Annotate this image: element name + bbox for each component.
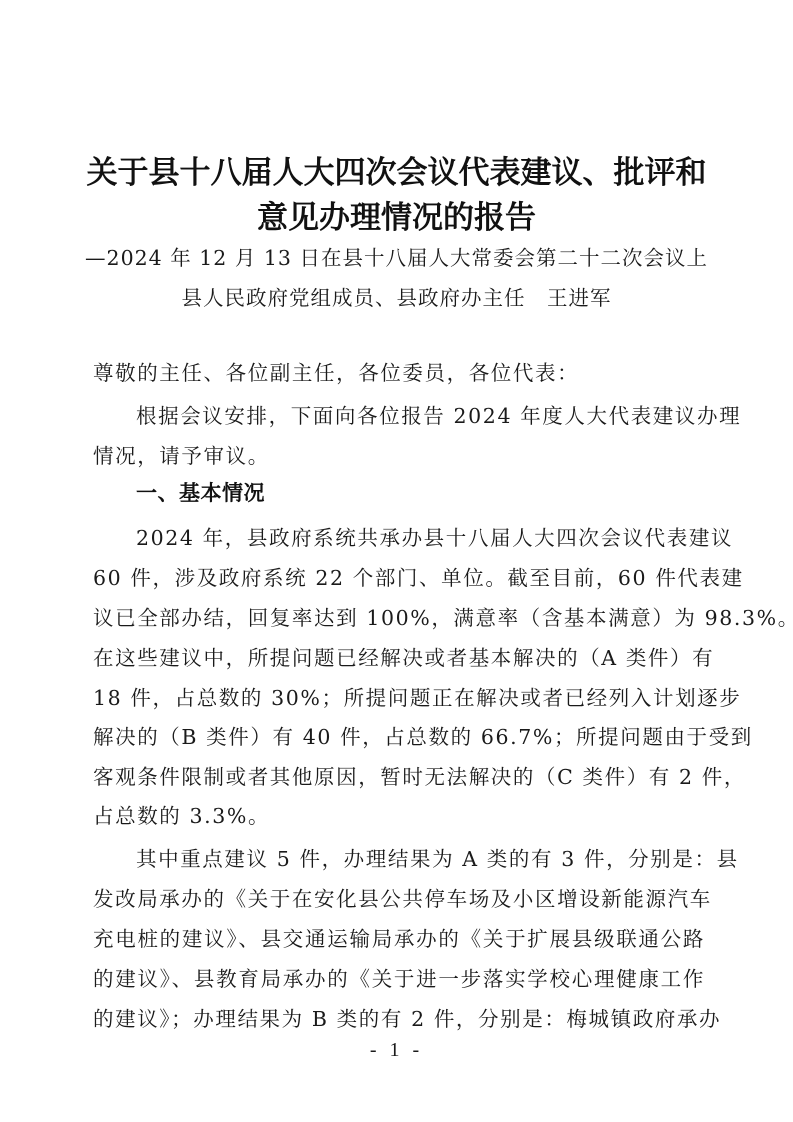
paragraph2-line-5: 的建议》；办理结果为 B 类的有 2 件，分别是：梅城镇政府承办 xyxy=(93,1004,705,1034)
paragraph2-line-3: 充电桩的建议》、县交通运输局承办的《关于扩展县级联通公路 xyxy=(93,924,705,954)
paragraph1-line-6: 解决的（B 类件）有 40 件，占总数的 66.7%；所提问题由于受到 xyxy=(93,722,705,752)
report-title-line-1: 关于县十八届人大四次会议代表建议、批评和 xyxy=(0,151,793,195)
paragraph1-line-3: 议已全部办结，回复率达到 100%，满意率（含基本满意）为 98.3%。 xyxy=(93,603,705,633)
presenter-line: 县人民政府党组成员、县政府办主任 王进军 xyxy=(0,283,793,313)
section-heading-basic-situation: 一、基本情况 xyxy=(136,478,265,508)
paragraph1-line-7: 客观条件限制或者其他原因，暂时无法解决的（C 类件）有 2 件， xyxy=(93,762,705,792)
salutation: 尊敬的主任、各位副主任，各位委员，各位代表： xyxy=(93,358,705,388)
paragraph1-line-8: 占总数的 3.3%。 xyxy=(93,801,705,831)
meeting-date-line: —2024 年 12 月 13 日在县十八届人大常委会第二十二次会议上 xyxy=(0,243,793,273)
paragraph1-line-2: 60 件，涉及政府系统 22 个部门、单位。截至目前，60 件代表建 xyxy=(93,563,705,593)
page-number: - 1 - xyxy=(0,1037,793,1063)
paragraph2-line-2: 发改局承办的《关于在安化县公共停车场及小区增设新能源汽车 xyxy=(93,884,705,914)
report-title-line-2: 意见办理情况的报告 xyxy=(0,196,793,240)
document-page: 关于县十八届人大四次会议代表建议、批评和 意见办理情况的报告 —2024 年 1… xyxy=(0,0,793,1122)
intro-line-2: 情况，请予审议。 xyxy=(93,441,705,471)
paragraph1-line-5: 18 件，占总数的 30%；所提问题正在解决或者已经列入计划逐步 xyxy=(93,683,705,713)
paragraph2-line-1: 其中重点建议 5 件，办理结果为 A 类的有 3 件，分别是：县 xyxy=(136,844,705,874)
paragraph1-line-1: 2024 年，县政府系统共承办县十八届人大四次会议代表建议 xyxy=(136,523,705,553)
paragraph2-line-4: 的建议》、县教育局承办的《关于进一步落实学校心理健康工作 xyxy=(93,964,705,994)
paragraph1-line-4: 在这些建议中，所提问题已经解决或者基本解决的（A 类件）有 xyxy=(93,643,705,673)
intro-line-1: 根据会议安排，下面向各位报告 2024 年度人大代表建议办理 xyxy=(136,401,705,431)
